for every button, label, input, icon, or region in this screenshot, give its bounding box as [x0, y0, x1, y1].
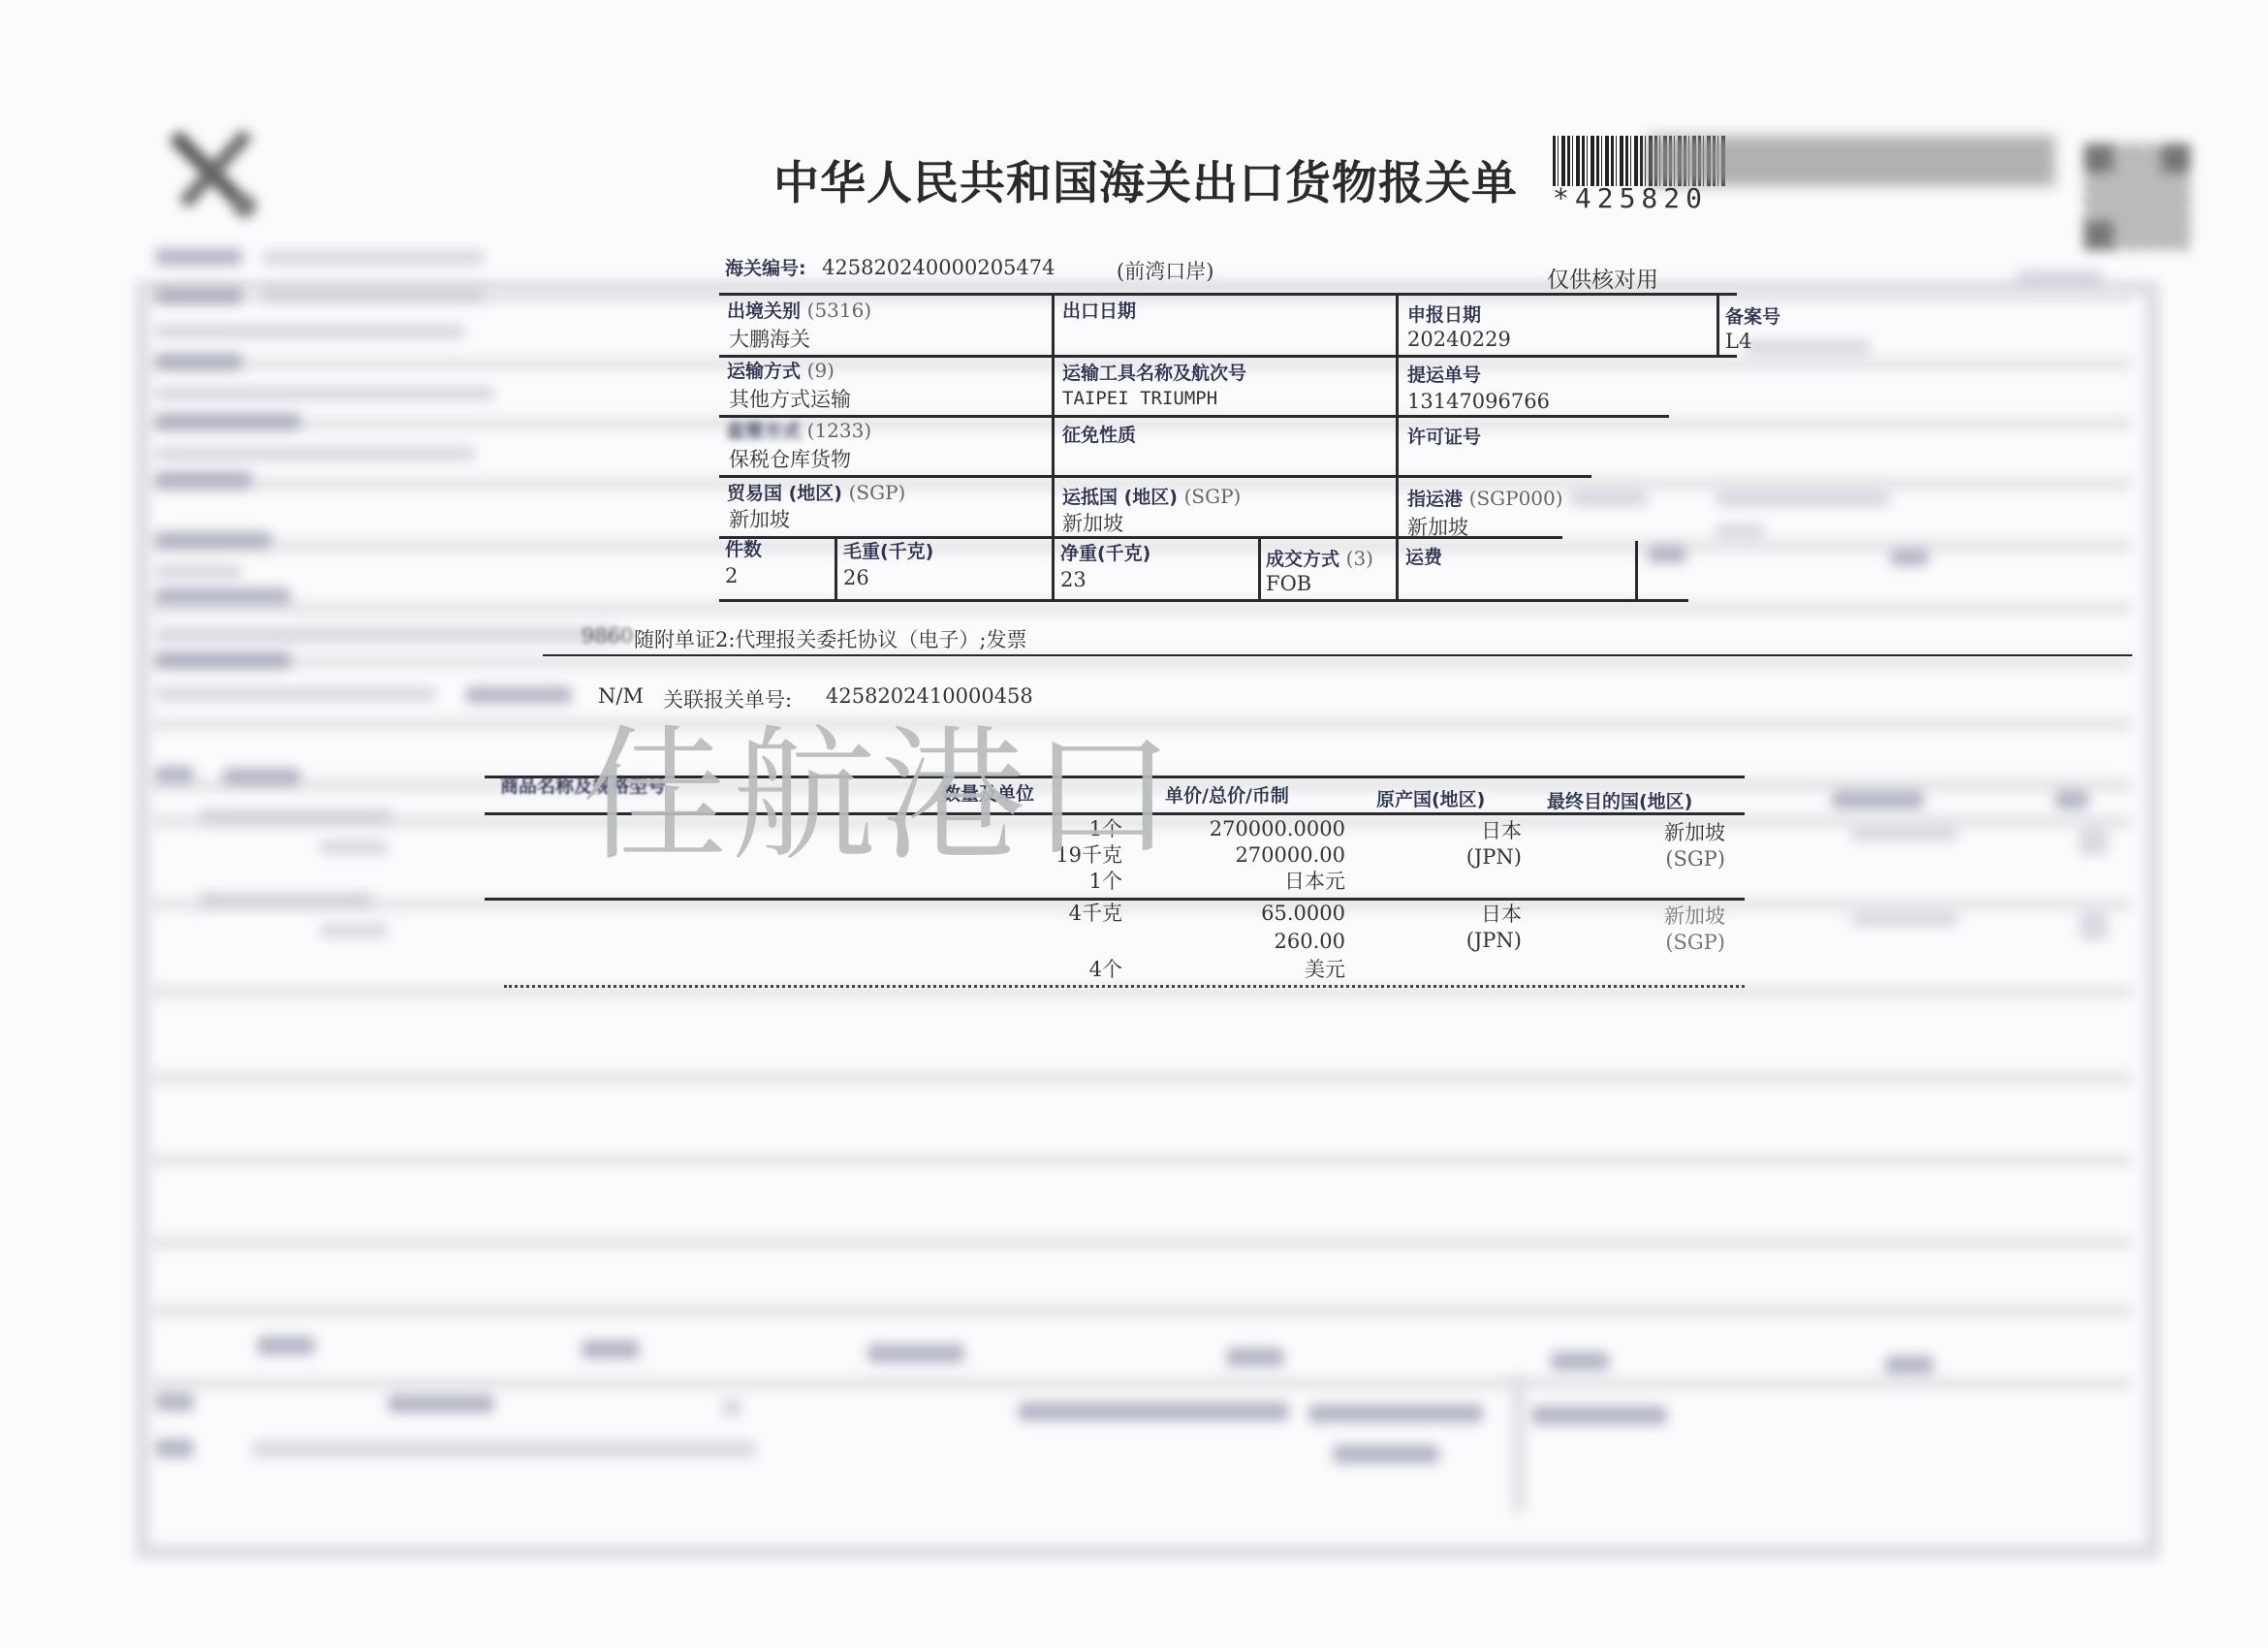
ghost-line	[145, 655, 2132, 669]
grid-line	[719, 475, 1591, 478]
ghost-line	[145, 417, 2132, 430]
trade-country-value: 新加坡	[729, 504, 790, 533]
goods-row-1-origin: 日本(JPN)	[1434, 818, 1522, 871]
redacted-text	[252, 1441, 756, 1458]
port-note: (前湾口岸)	[1117, 256, 1213, 285]
gross-weight-label: 毛重(千克)	[843, 537, 933, 563]
grid-line	[719, 293, 1737, 296]
redacted-text	[1648, 546, 1686, 563]
verification-note: 仅供核对用	[1547, 262, 1658, 294]
ghost-line	[145, 601, 2132, 615]
redacted-text	[582, 1340, 640, 1359]
redacted-text	[155, 626, 620, 644]
bill-no-label: 提运单号	[1407, 361, 1481, 387]
redacted-text	[199, 808, 393, 824]
ghost-line	[1512, 1377, 1526, 1512]
grid-line	[719, 355, 1737, 358]
levy-nature-label: 征免性质	[1062, 421, 1136, 447]
redacted-text	[155, 766, 194, 783]
redacted-text	[199, 892, 373, 907]
redacted-text	[1570, 490, 1648, 507]
transport-mode-label: 运输方式 (9)	[727, 357, 835, 383]
redacted-text	[155, 1392, 194, 1411]
vessel-value: TAIPEI TRIUMPH	[1062, 388, 1217, 409]
goods-row-2-origin: 日本(JPN)	[1434, 902, 1522, 954]
customs-emblem-icon	[155, 116, 271, 233]
ghost-line	[145, 1236, 2132, 1250]
redacted-text	[155, 564, 242, 580]
attachment-doc-no: 9860	[582, 624, 633, 648]
customs-no: 425820240000205474	[822, 256, 1055, 279]
grid-line	[1396, 293, 1399, 601]
redacted-text	[155, 587, 291, 605]
supervision-mode-label: 监管方式 (1233)	[727, 417, 871, 443]
redacted-text	[722, 1398, 741, 1417]
watermark: 佳航港口	[582, 679, 1179, 888]
barcode-text: *425820	[1553, 182, 1708, 214]
col-header-origin: 原产国(地区)	[1376, 785, 1485, 811]
redacted-text	[1851, 911, 1958, 927]
grid-line	[1635, 541, 1638, 599]
exit-customs-value: 大鹏海关	[729, 324, 810, 353]
redacted-text	[1716, 523, 1764, 539]
col-header-price: 单价/总价/币制	[1165, 781, 1289, 808]
redacted-text	[155, 531, 271, 549]
grid-line	[543, 654, 2132, 656]
ghost-line	[145, 1377, 2132, 1390]
redacted-text	[262, 250, 485, 266]
attachments-text: 随附单证2:代理报关委托协议（电子）;发票	[634, 624, 1027, 653]
exit-customs-label: 出境关别 (5316)	[727, 297, 871, 323]
redacted-text	[1333, 1444, 1439, 1464]
net-weight-value: 23	[1060, 568, 1087, 591]
dest-country-value: 新加坡	[1062, 508, 1123, 537]
goods-row-2-destination: 新加坡(SGP)	[1609, 903, 1725, 956]
dest-port-label: 指运港 (SGP000)	[1407, 485, 1563, 511]
redacted-text	[223, 768, 300, 785]
redacted-text	[388, 1394, 494, 1413]
redacted-text	[262, 287, 485, 302]
goods-row-2-price: 65.0000260.00美元	[1163, 900, 1345, 984]
document-title: 中华人民共和国海关出口货物报关单	[773, 147, 1518, 212]
redacted-text	[155, 324, 465, 339]
license-no-label: 许可证号	[1407, 423, 1481, 449]
dest-country-label: 运抵国 (地区) (SGP)	[1062, 483, 1241, 509]
col-header-destination: 最终目的国(地区)	[1547, 787, 1692, 813]
redacted-text	[155, 413, 300, 430]
redacted-text	[155, 651, 291, 669]
packages-value: 2	[725, 564, 738, 587]
transport-mode-value: 其他方式运输	[729, 384, 851, 413]
redacted-text	[2016, 269, 2103, 287]
export-date-label: 出口日期	[1062, 297, 1136, 323]
goods-row-1-price: 270000.0000270000.00日本元	[1163, 816, 1345, 895]
customs-no-label: 海关编号:	[725, 254, 806, 280]
ghost-line	[145, 1304, 2132, 1317]
redacted-text	[1018, 1402, 1289, 1421]
dotted-line	[504, 985, 1745, 988]
grid-line	[719, 599, 1688, 602]
redacted-text	[2079, 826, 2108, 855]
redacted-text	[155, 446, 475, 461]
vessel-label: 运输工具名称及航次号	[1062, 359, 1246, 385]
redacted-text	[320, 840, 388, 855]
trade-terms-value: FOB	[1266, 572, 1311, 595]
redacted-text	[1832, 790, 1924, 809]
trade-country-label: 贸易国 (地区) (SGP)	[727, 479, 905, 505]
dest-port-value: 新加坡	[1407, 512, 1468, 541]
redacted-text	[2079, 911, 2108, 940]
grid-line	[1258, 539, 1261, 599]
bill-no-value: 13147096766	[1407, 390, 1550, 413]
redacted-text	[1890, 549, 1929, 566]
packages-label: 件数	[725, 535, 762, 561]
goods-row-2-qty: 4千克4个	[1008, 900, 1122, 984]
grid-line	[1717, 293, 1719, 355]
qr-code	[2084, 143, 2190, 250]
redacted-text	[1308, 1404, 1483, 1423]
redacted-text	[155, 386, 494, 401]
redacted-text	[1531, 1406, 1667, 1425]
grid-line	[835, 536, 837, 599]
record-no-value: L4	[1725, 330, 1751, 353]
gross-weight-value: 26	[843, 566, 869, 589]
declare-date-value: 20240229	[1407, 328, 1511, 351]
record-no-label: 备案号	[1725, 302, 1780, 329]
redacted-text	[1226, 1347, 1284, 1367]
trade-terms-label: 成交方式 (3)	[1266, 545, 1373, 571]
redacted-text	[257, 1336, 315, 1355]
redacted-text	[155, 686, 436, 702]
ghost-line	[145, 1154, 2132, 1167]
redacted-text	[155, 1439, 194, 1458]
redacted-text	[155, 287, 242, 304]
redacted-text	[1885, 1355, 1934, 1375]
redacted-text	[465, 686, 572, 704]
redacted-text	[155, 353, 242, 370]
redacted-text	[1551, 1351, 1609, 1371]
ghost-line	[145, 1071, 2132, 1085]
declare-date-label: 申报日期	[1407, 301, 1481, 327]
redacted-text	[155, 471, 252, 489]
supervision-mode-value: 保税仓库货物	[729, 444, 851, 473]
redacted-text	[867, 1344, 964, 1363]
freight-label: 运费	[1405, 543, 1442, 569]
goods-row-1-destination: 新加坡(SGP)	[1609, 820, 1725, 872]
redacted-text	[1851, 826, 1958, 841]
barcode-redacted	[1648, 136, 2055, 186]
redacted-text	[1745, 339, 1871, 355]
redacted-text	[1716, 490, 1890, 507]
net-weight-label: 净重(千克)	[1060, 539, 1150, 565]
redacted-text	[155, 248, 242, 266]
grid-line	[1052, 293, 1055, 601]
redacted-text	[320, 923, 388, 938]
redacted-text	[2055, 790, 2089, 809]
